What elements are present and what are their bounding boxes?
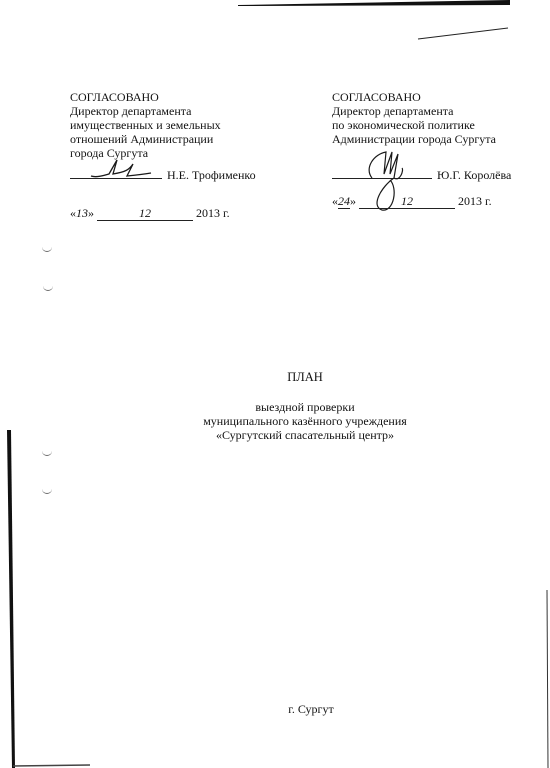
left-date-day: 13 (76, 206, 88, 220)
left-signature (85, 158, 175, 186)
right-date-day: 24 (338, 194, 350, 209)
right-approval-position-line: по экономической политике (332, 118, 496, 132)
left-signer-name: Н.Е. Трофименко (167, 168, 256, 182)
left-approval-block: СОГЛАСОВАНО Директор департамента имущес… (70, 90, 221, 160)
document-title: ПЛАН (30, 370, 550, 385)
document-subtitle: выездной проверки муниципального казённо… (30, 400, 550, 442)
right-approval-date: «24» 12 2013 г. (332, 194, 492, 209)
document-city: г. Сургут (36, 702, 550, 716)
subtitle-line: муниципального казённого учреждения (30, 414, 550, 428)
left-edge-shadow (7, 430, 15, 768)
right-edge-line (547, 590, 548, 768)
left-approval-heading: СОГЛАСОВАНО (70, 90, 221, 104)
left-date-month: 12 (97, 206, 193, 221)
right-approval-position-line: Директор департамента (332, 104, 496, 118)
left-approval-position-line: имущественных и земельных (70, 118, 221, 132)
right-approval-position-line: Администрации города Сургута (332, 132, 496, 146)
left-approval-position-line: отношений Администрации (70, 132, 221, 146)
right-signer-name: Ю.Г. Королёва (437, 168, 511, 182)
left-date-year: 2013 г. (196, 206, 230, 220)
left-approval-date: «13» 12 2013 г. (70, 206, 230, 221)
right-date-year: 2013 г. (458, 194, 492, 208)
subtitle-line: «Сургутский спасательный центр» (30, 428, 550, 442)
right-approval-block: СОГЛАСОВАНО Директор департамента по эко… (332, 90, 496, 146)
top-edge-shadow (238, 0, 510, 6)
left-approval-position-line: Директор департамента (70, 104, 221, 118)
right-date-month: 12 (359, 194, 455, 209)
right-approval-heading: СОГЛАСОВАНО (332, 90, 496, 104)
top-edge-line (418, 28, 508, 39)
subtitle-line: выездной проверки (30, 400, 550, 414)
bottom-edge-line (13, 765, 90, 766)
